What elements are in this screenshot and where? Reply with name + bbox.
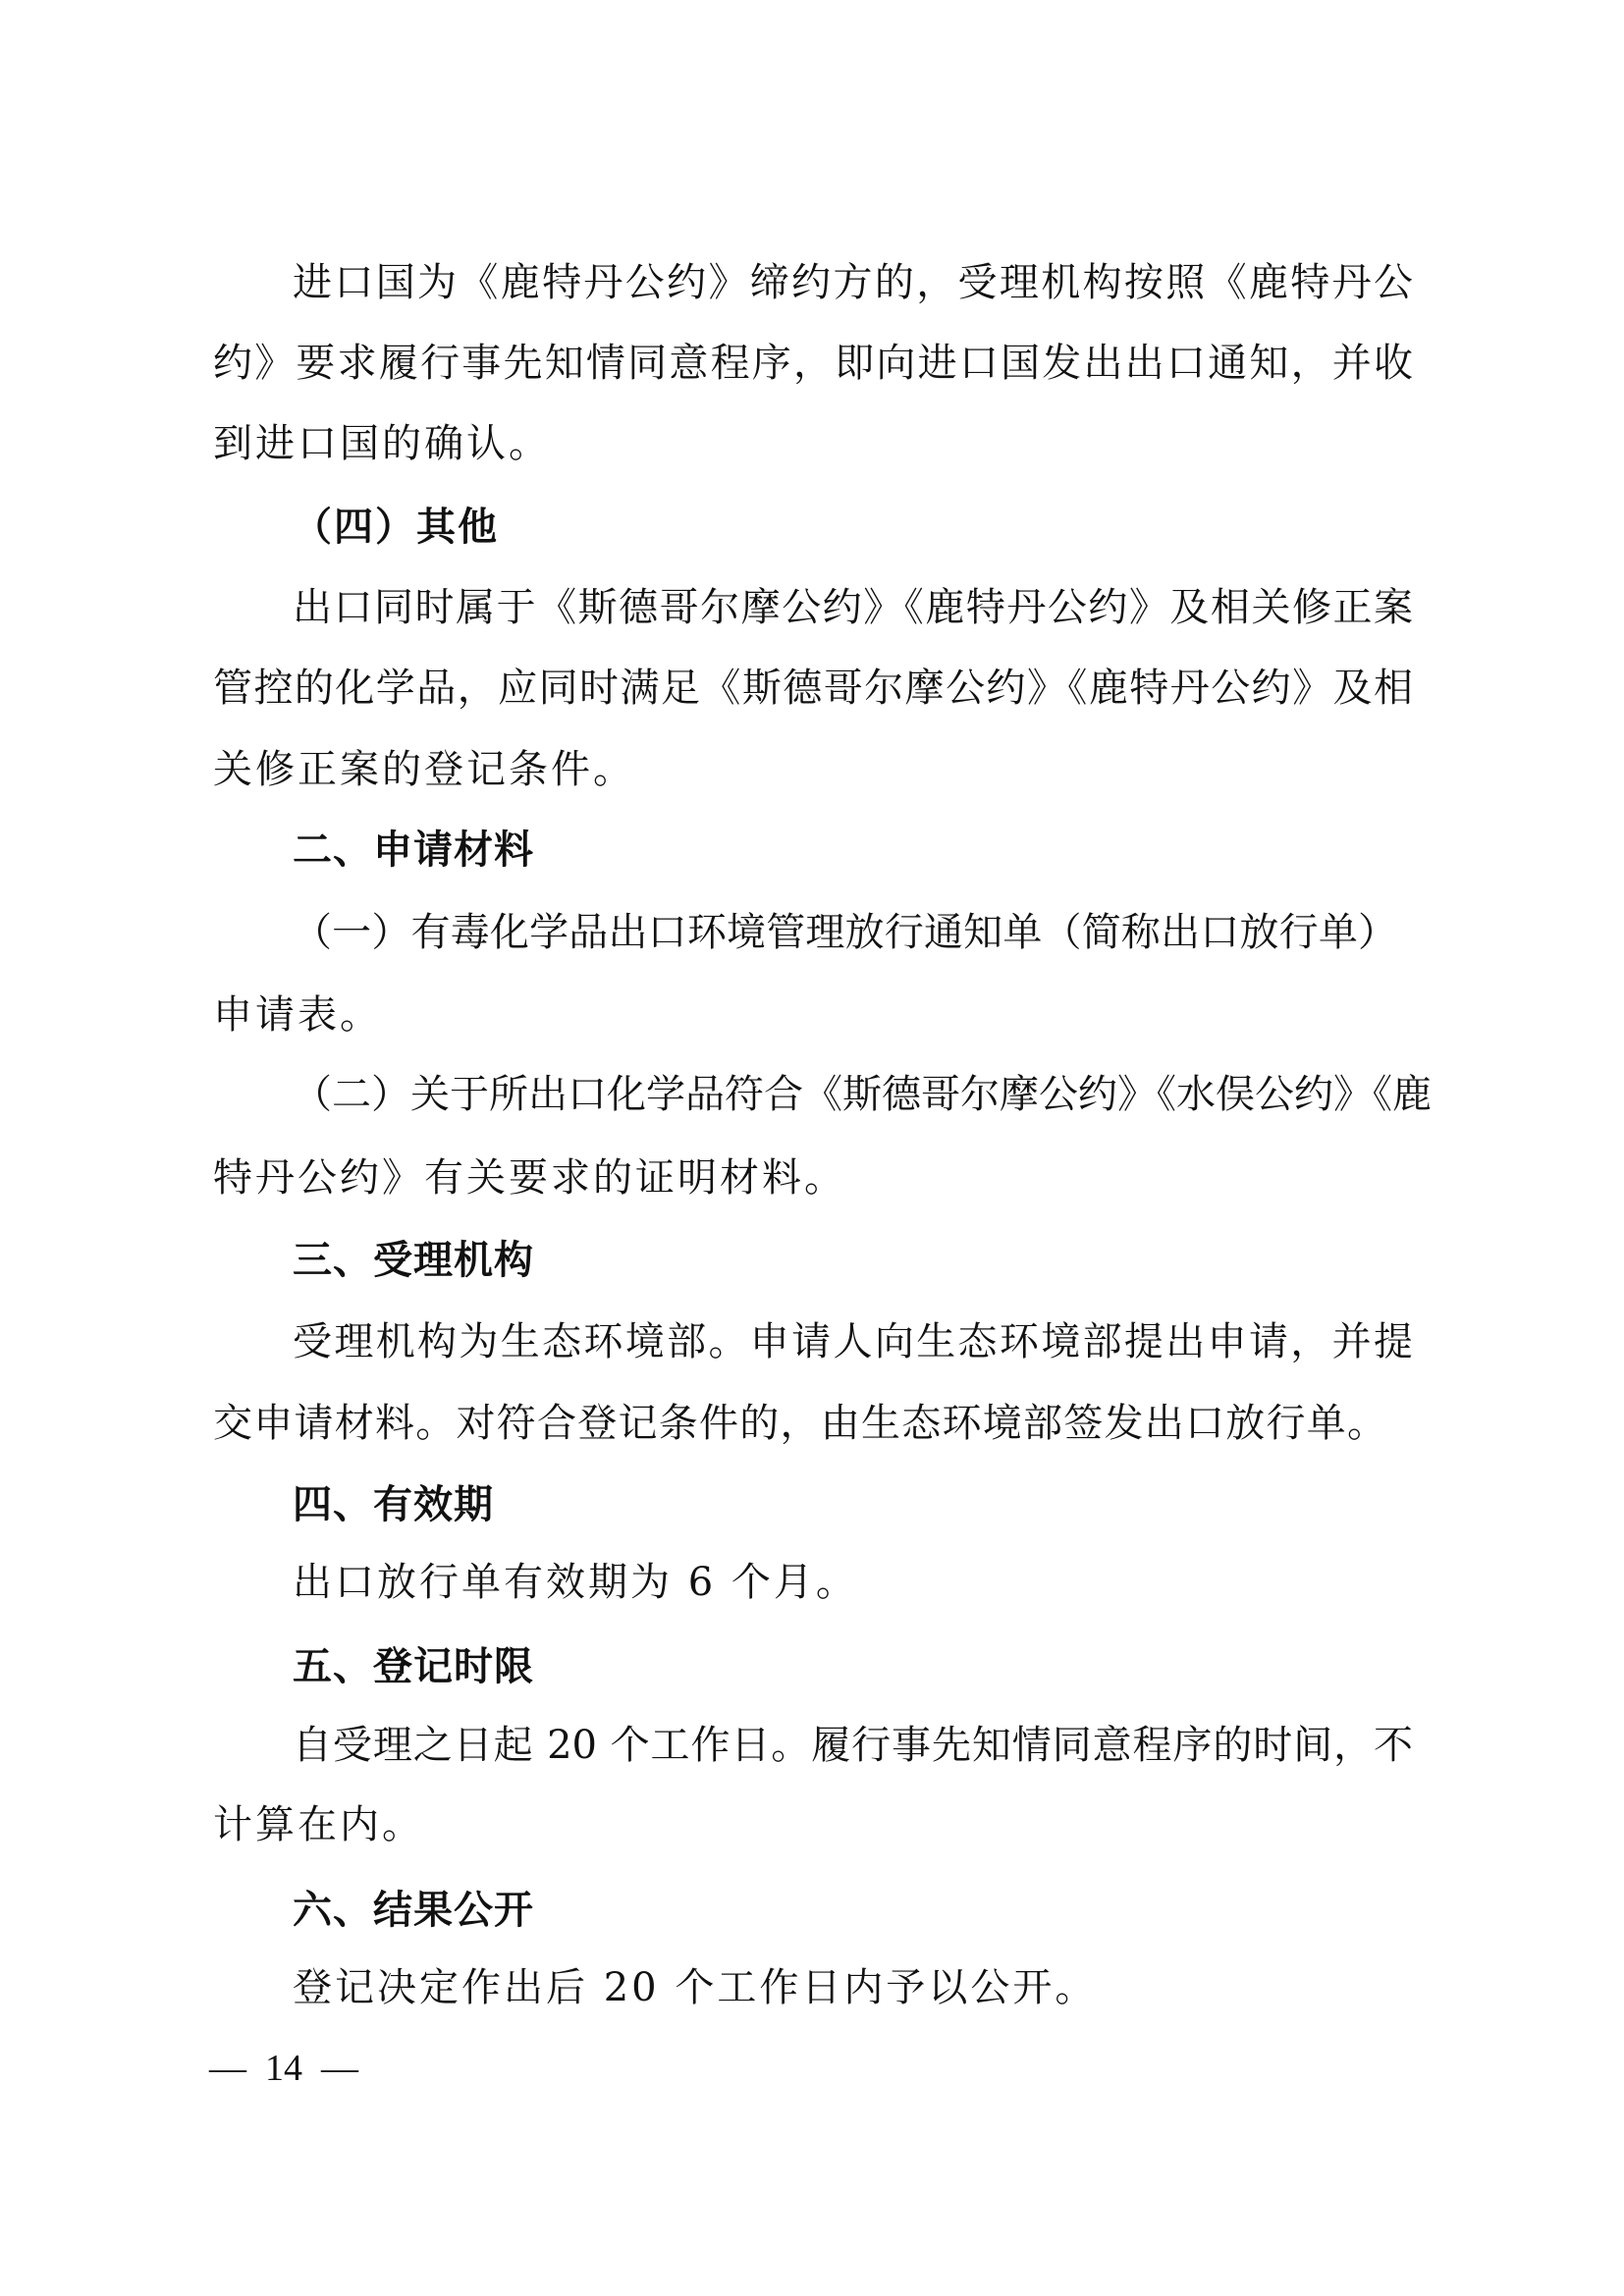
section-heading-validity: 四、有效期 [293,1465,1413,1545]
body-line: 出口同时属于《斯德哥尔摩公约》《鹿特丹公约》及相关修正案 [293,567,1413,648]
body-line: 计算在内。 [213,1785,1413,1865]
body-line: 约》要求履行事先知情同意程序，即向进口国发出出口通知，并收 [213,323,1413,403]
body-line: 出口放行单有效期为 6 个月。 [293,1542,1413,1623]
body-line: 申请表。 [213,975,1413,1055]
body-line: （二）关于所出口化学品符合《斯德哥尔摩公约》《水俣公约》《鹿 [293,1054,1378,1135]
body-line: 自受理之日起 20 个工作日。履行事先知情同意程序的时间，不 [293,1705,1413,1786]
body-line: （一）有毒化学品出口环境管理放行通知单（简称出口放行单） [293,892,1397,973]
body-line: 到进口国的确认。 [213,403,1413,484]
page-number: — 14 — [209,2046,358,2091]
body-line: 登记决定作出后 20 个工作日内予以公开。 [293,1948,1413,2028]
section-heading-registration-time-limit: 五、登记时限 [293,1627,1413,1707]
body-line: 管控的化学品，应同时满足《斯德哥尔摩公约》《鹿特丹公约》及相 [213,648,1413,728]
document-page: 进口国为《鹿特丹公约》缔约方的，受理机构按照《鹿特丹公 约》要求履行事先知情同意… [0,0,1624,2296]
body-line: 关修正案的登记条件。 [213,729,1413,810]
body-line: 受理机构为生态环境部。申请人向生态环境部提出申请，并提 [293,1302,1413,1382]
section-heading-application-materials: 二、申请材料 [293,810,1413,890]
body-line: 进口国为《鹿特丹公约》缔约方的，受理机构按照《鹿特丹公 [293,242,1413,323]
body-line: 特丹公约》有关要求的证明材料。 [213,1138,1413,1218]
section-heading-accepting-agency: 三、受理机构 [293,1220,1413,1301]
section-heading-result-disclosure: 六、结果公开 [293,1870,1413,1950]
body-line: 交申请材料。对符合登记条件的，由生态环境部签发出口放行单。 [213,1383,1386,1464]
subheading-other: （四）其他 [293,487,1413,567]
